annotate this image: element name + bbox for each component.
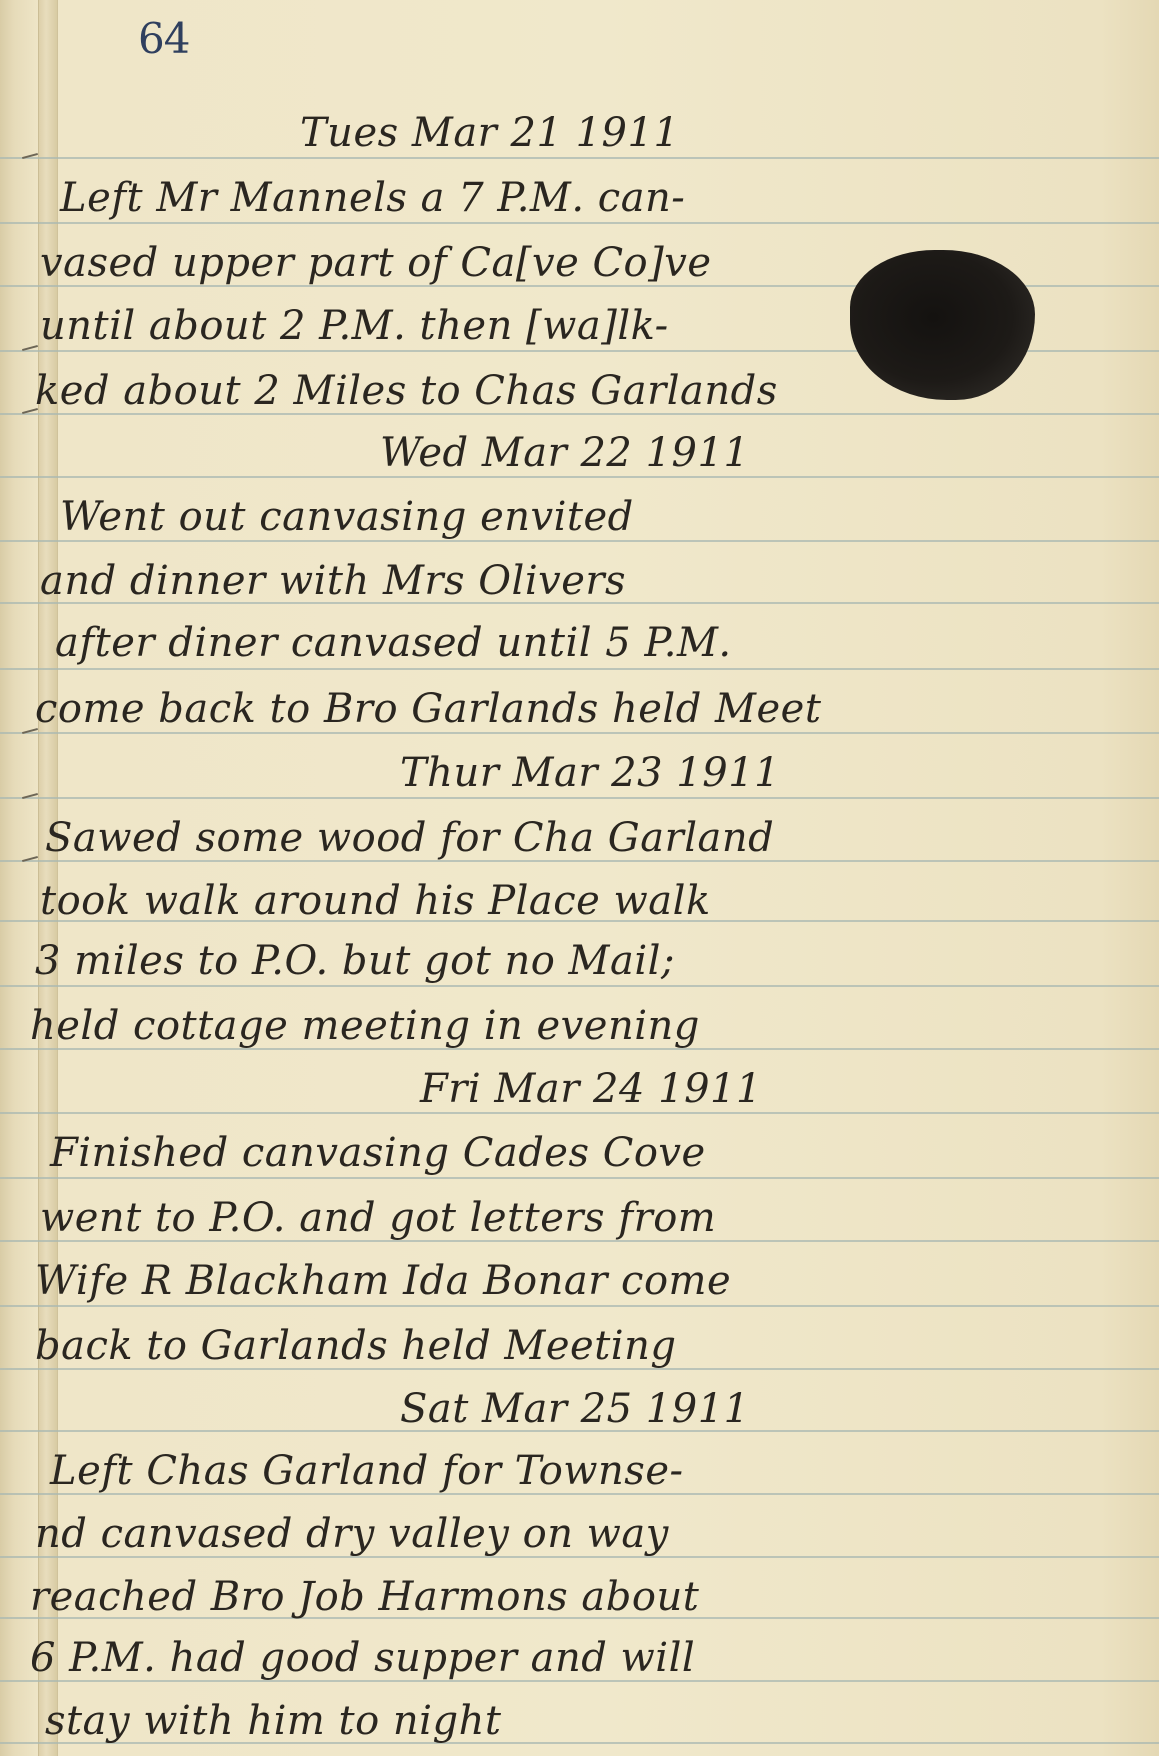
entry-date: Wed Mar 22 1911	[380, 430, 749, 476]
entry-line: Left Chas Garland for Townse-	[50, 1448, 684, 1494]
diary-page: 64 Tues Mar 21 1911 Left Mr Mannels a 7 …	[0, 0, 1159, 1756]
entry-line: Left Mr Mannels a 7 P.M. can-	[60, 175, 685, 221]
entry-line: after diner canvased until 5 P.M.	[55, 620, 732, 666]
rule-line	[0, 476, 1159, 478]
rule-line	[0, 732, 1159, 734]
entry-line: went to P.O. and got letters from	[40, 1195, 716, 1241]
rule-line	[0, 668, 1159, 670]
page-number: 64	[138, 14, 189, 63]
entry-line: Wife R Blackham Ida Bonar come	[35, 1258, 731, 1304]
entry-line: vased upper part of Ca[ve Co]ve	[40, 240, 712, 286]
entry-line: ked about 2 Miles to Chas Garlands	[35, 368, 778, 414]
rule-line	[0, 222, 1159, 224]
rule-line	[0, 797, 1159, 799]
entry-line: Sawed some wood for Cha Garland	[45, 815, 774, 861]
ink-blot	[850, 250, 1035, 400]
rule-line	[0, 1305, 1159, 1307]
entry-line: Went out canvasing envited	[60, 494, 634, 540]
rule-line	[0, 1177, 1159, 1179]
entry-line: back to Garlands held Meeting	[35, 1323, 676, 1369]
entry-date: Sat Mar 25 1911	[400, 1386, 750, 1432]
entry-line: held cottage meeting in evening	[30, 1003, 700, 1049]
entry-line: took walk around his Place walk	[40, 878, 711, 924]
rule-line	[0, 540, 1159, 542]
entry-date: Tues Mar 21 1911	[300, 110, 679, 156]
entry-line: come back to Bro Garlands held Meet	[35, 686, 821, 732]
entry-date: Fri Mar 24 1911	[420, 1066, 762, 1112]
entry-line: stay with him to night	[45, 1698, 501, 1744]
entry-line: Finished canvasing Cades Cove	[50, 1130, 706, 1176]
rule-line	[0, 1112, 1159, 1114]
entry-line: reached Bro Job Harmons about	[30, 1574, 699, 1620]
entry-line: nd canvased dry valley on way	[35, 1511, 669, 1557]
entry-line: and dinner with Mrs Olivers	[40, 558, 626, 604]
entry-line: 6 P.M. had good supper and will	[30, 1635, 695, 1681]
rule-line	[0, 157, 1159, 159]
entry-line: 3 miles to P.O. but got no Mail;	[35, 938, 675, 984]
entry-line: until about 2 P.M. then [wa]lk-	[40, 303, 669, 349]
entry-date: Thur Mar 23 1911	[400, 750, 780, 796]
rule-line	[0, 985, 1159, 987]
